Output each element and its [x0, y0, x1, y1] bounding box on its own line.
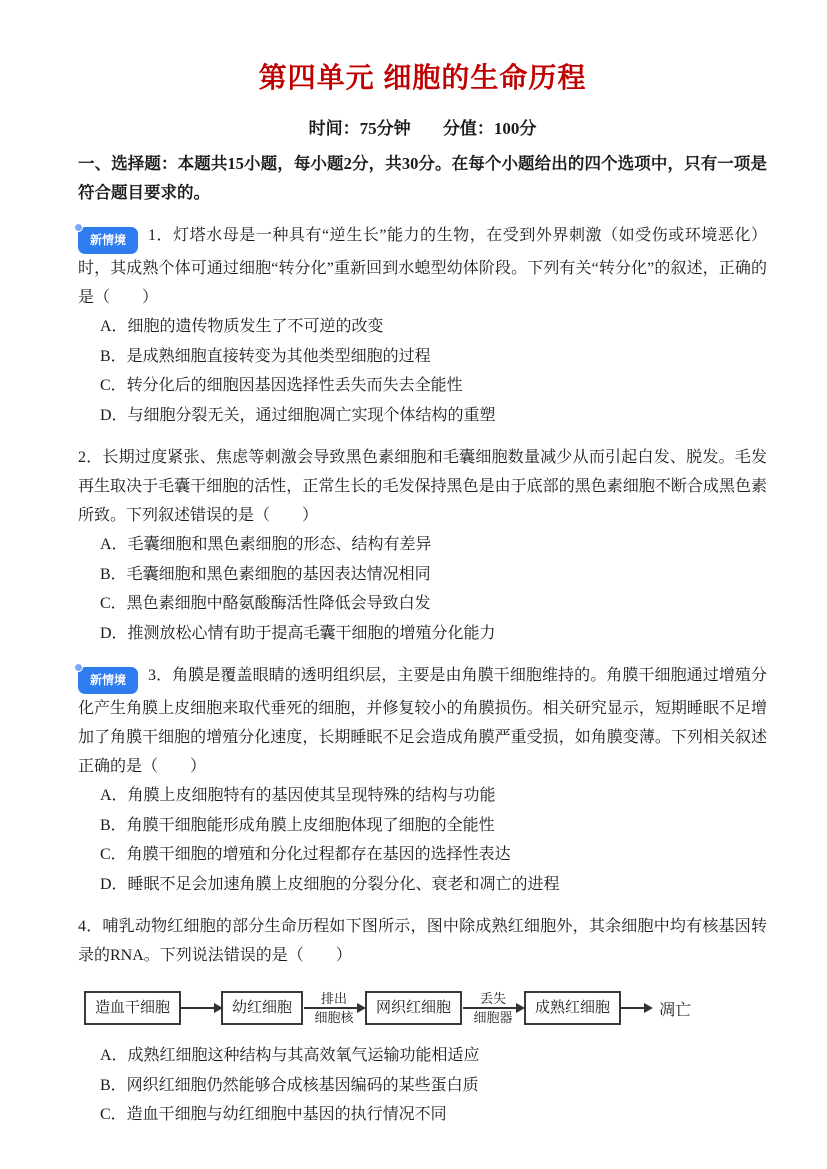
flow-arrow-labeled: 排出 细胞核 [304, 990, 364, 1026]
question-stem-text: 1．灯塔水母是一种具有“逆生长”能力的生物，在受到外界刺激（如受伤或环境恶化）时… [78, 227, 767, 306]
question-3: 新情境3．角膜是覆盖眼睛的透明组织层，主要是由角膜干细胞维持的。角膜干细胞通过增… [78, 661, 767, 899]
question-1: 新情境1．灯塔水母是一种具有“逆生长”能力的生物，在受到外界刺激（如受伤或环境恶… [78, 221, 767, 430]
arrow-label-top: 丢失 [480, 990, 506, 1007]
flow-arrow [181, 1007, 221, 1009]
question-4: 4．哺乳动物红细胞的部分生命历程如下图所示，图中除成熟红细胞外，其余细胞中均有核… [78, 912, 767, 1130]
question-stem: 新情境1．灯塔水母是一种具有“逆生长”能力的生物，在受到外界刺激（如受伤或环境恶… [78, 221, 767, 312]
flow-arrow [463, 1007, 523, 1009]
flow-box-erythroblast: 幼红细胞 [221, 991, 303, 1025]
question-stem: 4．哺乳动物红细胞的部分生命历程如下图所示，图中除成熟红细胞外，其余细胞中均有核… [78, 912, 767, 970]
new-context-badge: 新情境 [78, 667, 138, 694]
option-row: B．网织红细胞仍然能够合成核基因编码的某些蛋白质 [100, 1072, 767, 1101]
option-row: C．转分化后的细胞因基因选择性丢失而失去全能性 [100, 372, 767, 401]
option-row: C．黑色素细胞中酪氨酸酶活性降低会导致白发 [100, 590, 767, 619]
option-row: C．角膜干细胞的增殖和分化过程都存在基因的选择性表达 [100, 841, 767, 870]
exam-time: 时间：75分钟 [309, 119, 411, 138]
flow-arrow [621, 1007, 651, 1009]
section-intro: 一、选择题：本题共15小题，每小题2分，共30分。在每个小题给出的四个选项中，只… [78, 149, 767, 207]
arrow-label-top: 排出 [321, 990, 347, 1007]
flow-end-apoptosis: 凋亡 [659, 997, 691, 1020]
badge-dot-icon [74, 223, 83, 232]
option-row: A．细胞的遗传物质发生了不可逆的改变 [100, 313, 767, 342]
option-row: D．推测放松心情有助于提高毛囊干细胞的增殖分化能力 [100, 620, 767, 649]
badge-label: 新情境 [90, 233, 126, 247]
red-blood-cell-flow-diagram: 造血干细胞 幼红细胞 排出 细胞核 网织红细胞 丢失 细胞器 成熟红细胞 凋亡 [84, 990, 767, 1026]
new-context-badge: 新情境 [78, 227, 138, 254]
option-row: B．毛囊细胞和黑色素细胞的基因表达情况相同 [100, 561, 767, 590]
arrow-label-bottom: 细胞器 [474, 1009, 513, 1026]
exam-meta: 时间：75分钟 分值：100分 [78, 114, 767, 139]
arrow-label-bottom: 细胞核 [315, 1009, 354, 1026]
option-row: D．与细胞分裂无关，通过细胞凋亡实现个体结构的重塑 [100, 402, 767, 431]
page-title: 第四单元 细胞的生命历程 [78, 56, 767, 96]
option-row: A．角膜上皮细胞特有的基因使其呈现特殊的结构与功能 [100, 782, 767, 811]
question-stem: 新情境3．角膜是覆盖眼睛的透明组织层，主要是由角膜干细胞维持的。角膜干细胞通过增… [78, 661, 767, 781]
option-row: A．成熟红细胞这种结构与其高效氧气运输功能相适应 [100, 1042, 767, 1071]
exam-page: 第四单元 细胞的生命历程 时间：75分钟 分值：100分 一、选择题：本题共15… [0, 0, 827, 1169]
option-row: B．是成熟细胞直接转变为其他类型细胞的过程 [100, 343, 767, 372]
flow-arrow-labeled: 丢失 细胞器 [463, 990, 523, 1026]
option-row: C．造血干细胞与幼红细胞中基因的执行情况不同 [100, 1101, 767, 1130]
question-stem-text: 3．角膜是覆盖眼睛的透明组织层，主要是由角膜干细胞维持的。角膜干细胞通过增殖分化… [78, 667, 767, 775]
option-row: D．睡眠不足会加速角膜上皮细胞的分裂分化、衰老和凋亡的进程 [100, 871, 767, 900]
flow-box-mature-red-blood-cell: 成熟红细胞 [524, 991, 621, 1025]
exam-score: 分值：100分 [443, 119, 537, 138]
flow-box-hematopoietic-stem-cell: 造血干细胞 [84, 991, 181, 1025]
option-row: A．毛囊细胞和黑色素细胞的形态、结构有差异 [100, 531, 767, 560]
badge-dot-icon [74, 663, 83, 672]
badge-label: 新情境 [90, 673, 126, 687]
option-row: B．角膜干细胞能形成角膜上皮细胞体现了细胞的全能性 [100, 812, 767, 841]
flow-arrow [304, 1007, 364, 1009]
question-stem: 2．长期过度紧张、焦虑等刺激会导致黑色素细胞和毛囊细胞数量减少从而引起白发、脱发… [78, 443, 767, 530]
flow-box-reticulocyte: 网织红细胞 [365, 991, 462, 1025]
question-2: 2．长期过度紧张、焦虑等刺激会导致黑色素细胞和毛囊细胞数量减少从而引起白发、脱发… [78, 443, 767, 648]
